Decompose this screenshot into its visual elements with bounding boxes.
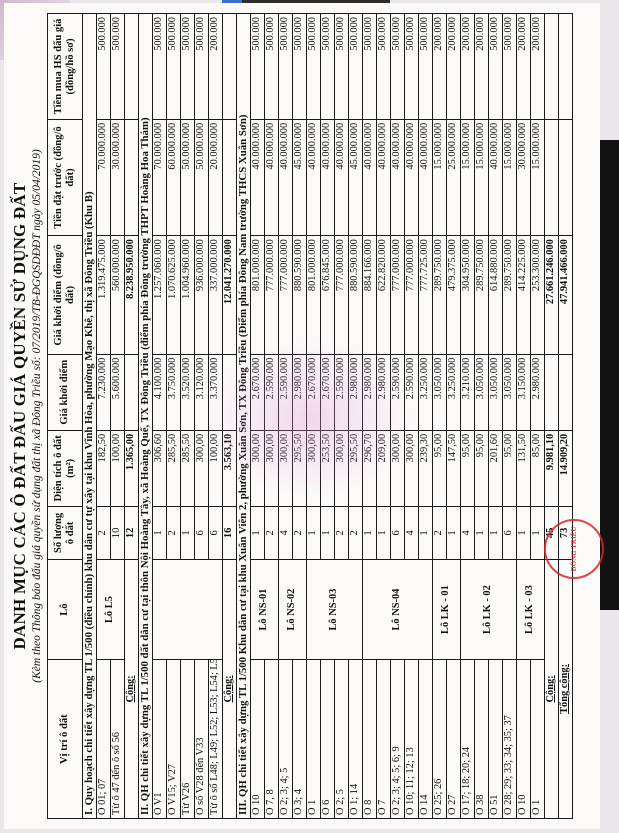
lot-count: 1 (517, 506, 531, 559)
lot-position: Ô 27 (447, 660, 461, 819)
table-row: Ô 71209,002.980.000622.820.00040.000.000… (377, 14, 391, 819)
lot-position: Ô 10; 11; 12; 13 (405, 660, 419, 819)
starting-price-per-lot: 884.166.000 (363, 236, 377, 354)
lot-position: Từ ô 47 đến ô số 56 (111, 660, 125, 819)
application-fee: 500.000 (251, 14, 265, 120)
lot-count: 1 (447, 506, 461, 559)
starting-price-per-lot: 1.004.960.000 (181, 236, 195, 354)
starting-price-per-m2: 2.590.000 (265, 354, 279, 430)
lot-position: Ô 17; 18; 20; 24 (461, 660, 475, 819)
deposit-amount: 50.000.000 (181, 119, 195, 235)
starting-price-per-m2: 3.050.000 (503, 354, 517, 430)
starting-price-per-lot: 777.000.000 (335, 236, 349, 354)
lot-position: Ô 1 (307, 660, 321, 819)
lot-group: Lô NS-04 (363, 559, 433, 659)
lot-count: 4 (279, 506, 293, 559)
lot-area: 306,60 (153, 430, 167, 506)
subtotal-area: 9.981,10 (545, 430, 559, 506)
starting-price-per-m2: 2.590.000 (391, 354, 405, 430)
lot-count: 1 (475, 506, 489, 559)
deposit-amount: 45.000.000 (349, 119, 363, 235)
deposit-amount: 15.000.000 (475, 119, 489, 235)
starting-price-per-m2: 3.370.000 (209, 354, 223, 430)
application-fee: 500.000 (419, 14, 433, 120)
empty-cell (223, 119, 237, 235)
lot-position: Ô V15; V27 (167, 660, 181, 819)
empty-cell (559, 119, 573, 235)
application-fee: 500.000 (307, 14, 321, 120)
application-fee: 200.000 (447, 14, 461, 120)
lot-area: 85,00 (531, 430, 545, 506)
lot-area: 300,00 (265, 430, 279, 506)
table-row: Ô 28; 29; 33; 34; 35; 37695,003.050.0002… (503, 14, 517, 819)
starting-price-per-m2: 3.050.000 (433, 354, 447, 430)
lot-count: 2 (349, 506, 363, 559)
lot-position: Ô 7 (377, 660, 391, 819)
lot-area: 253,50 (321, 430, 335, 506)
lot-position: Ô 51 (489, 660, 503, 819)
lot-position: Ô 01; 07 (97, 660, 111, 819)
section-heading-row: I. Quy hoạch chi tiết xây dựng TL 1/500 … (83, 14, 97, 819)
table-row: Ô 1; 142295,502.980.000880.590.00045.000… (349, 14, 363, 819)
application-fee: 500.000 (335, 14, 349, 120)
lot-position: Ô 10 (251, 660, 265, 819)
empty-cell (223, 354, 237, 430)
lot-area: 300,00 (279, 430, 293, 506)
subtotal-price: 27.661.246.000 (545, 236, 559, 354)
table-row: Ô 2; 52300,002.590.000777.000.00040.000.… (335, 14, 349, 819)
empty-cell (545, 14, 559, 120)
lot-count: 6 (391, 506, 405, 559)
starting-price-per-m2: 2.980.000 (293, 354, 307, 430)
lot-count: 1 (321, 506, 335, 559)
lot-position: Ô 8 (363, 660, 377, 819)
table-row: Ô 511201,603.050.000614.880.00040.000.00… (489, 14, 503, 819)
lot-area: 295,50 (349, 430, 363, 506)
lot-position: Ô 38 (475, 660, 489, 819)
application-fee: 500.000 (181, 14, 195, 120)
lot-count: 2 (97, 506, 111, 559)
lot-group: Lô LK - 02 (461, 559, 517, 659)
scanned-document-page: DANH MỤC CÁC Ô ĐẤT ĐẤU GIÁ QUYỀN SỬ DỤNG… (4, 3, 600, 829)
lot-area: 95,00 (433, 430, 447, 506)
starting-price-per-lot: 614.880.000 (489, 236, 503, 354)
deposit-amount: 40.000.000 (321, 119, 335, 235)
table-row: Ô 38195,003.050.000289.750.00015.000.000… (475, 14, 489, 819)
starting-price-per-m2: 4.100.000 (153, 354, 167, 430)
subtotal-price: 12.041.270.000 (223, 236, 237, 354)
deposit-amount: 25.000.000 (447, 119, 461, 235)
deposit-amount: 40.000.000 (279, 119, 293, 235)
deposit-amount: 40.000.000 (251, 119, 265, 235)
application-fee: 500.000 (265, 14, 279, 120)
application-fee: 200.000 (209, 14, 223, 120)
subtotal-count: 16 (223, 506, 237, 559)
starting-price-per-m2: 2.590.000 (405, 354, 419, 430)
deposit-amount: 70.000.000 (97, 119, 111, 235)
starting-price-per-lot: 676.845.000 (321, 236, 335, 354)
starting-price-per-m2: 2.590.000 (279, 354, 293, 430)
deposit-amount: 40.000.000 (419, 119, 433, 235)
starting-price-per-lot: 936.000.000 (195, 236, 209, 354)
table-row: Ô 10Lô NS-011300,002.670.000801.000.0004… (251, 14, 265, 819)
lot-area: 201,60 (489, 430, 503, 506)
application-fee: 500.000 (503, 14, 517, 120)
lot-position: Ô số V28 đến V33 (195, 660, 209, 819)
deposit-amount: 15.000.000 (503, 119, 517, 235)
grand-total-row: Tổng cộng:7314.909,2047.941.466.000 (559, 14, 573, 819)
starting-price-per-m2: 2.670.000 (251, 354, 265, 430)
grand-total-label: Tổng cộng: (559, 559, 573, 818)
starting-price-per-m2: 2.670.000 (307, 354, 321, 430)
subtotal-area: 1.365,00 (125, 430, 139, 506)
deposit-amount: 60.000.000 (167, 119, 181, 235)
lot-group: Lô LK - 01 (433, 559, 461, 659)
section-heading: II. QH chi tiết xây dựng TL 1/500 đất dâ… (139, 14, 153, 819)
grand-total-area: 14.909,20 (559, 430, 573, 506)
table-row: Ô 7, 82300,002.590.000777.000.00040.000.… (265, 14, 279, 819)
table-header-row: Vị trí ô đấtLôSố lượng ô đấtDiện tích ô … (48, 14, 83, 819)
application-fee: 200.000 (461, 14, 475, 120)
lot-group: Lô NS-02 (279, 559, 307, 659)
lot-area: 239,30 (419, 430, 433, 506)
deposit-amount: 15.000.000 (531, 119, 545, 235)
table-row: Ô 8Lô NS-041296,702.980.000884.166.00040… (363, 14, 377, 819)
lot-position: Ô 6 (321, 660, 335, 819)
deposit-amount: 50.000.000 (195, 119, 209, 235)
deposit-amount: 15.000.000 (433, 119, 447, 235)
deposit-amount: 40.000.000 (391, 119, 405, 235)
lot-count: 4 (461, 506, 475, 559)
table-row: Ô 17; 18; 20; 24Lô LK - 02495,003.210.00… (461, 14, 475, 819)
lot-area: 285,50 (167, 430, 181, 506)
deposit-amount: 45.000.000 (293, 119, 307, 235)
deposit-amount: 40.000.000 (363, 119, 377, 235)
column-header: Lô (48, 559, 83, 659)
lot-area: 95,00 (503, 430, 517, 506)
application-fee: 200.000 (517, 14, 531, 120)
application-fee: 500.000 (293, 14, 307, 120)
starting-price-per-lot: 289.750.000 (475, 236, 489, 354)
starting-price-per-lot: 1.319.475.000 (97, 236, 111, 354)
starting-price-per-lot: 801.000.000 (307, 236, 321, 354)
application-fee: 500.000 (405, 14, 419, 120)
section-heading: III. QH chi tiết xây dựng TL 1/500 Khu d… (237, 14, 251, 819)
lot-area: 100,00 (111, 430, 125, 506)
empty-cell (223, 14, 237, 120)
table-row: Ô 271147,503.250.000479.375.00025.000.00… (447, 14, 461, 819)
deposit-amount: 70.000.000 (153, 119, 167, 235)
lot-area: 95,00 (475, 430, 489, 506)
lot-area: 300,00 (405, 430, 419, 506)
starting-price-per-m2: 2.980.000 (531, 354, 545, 430)
lot-position: Ô 28; 29; 33; 34; 35; 37 (503, 660, 517, 819)
application-fee: 500.000 (349, 14, 363, 120)
lot-area: 147,50 (447, 430, 461, 506)
application-fee: 200.000 (475, 14, 489, 120)
starting-price-per-lot: 880.590.000 (293, 236, 307, 354)
application-fee: 200.000 (531, 14, 545, 120)
application-fee: 500.000 (97, 14, 111, 120)
table-row: Ô 1185,002.980.000253.300.00015.000.0002… (531, 14, 545, 819)
table-row: Ô số V28 đến V336300,003.120.000936.000.… (195, 14, 209, 819)
starting-price-per-m2: 2.980.000 (363, 354, 377, 430)
starting-price-per-lot: 253.300.000 (531, 236, 545, 354)
lot-area: 300,00 (195, 430, 209, 506)
lot-area: 95,00 (461, 430, 475, 506)
document-title: DANH MỤC CÁC Ô ĐẤT ĐẤU GIÁ QUYỀN SỬ DỤNG… (10, 3, 30, 829)
lot-position: Ô 10 (517, 660, 531, 819)
empty-cell (559, 14, 573, 120)
lot-group: Lô NS-03 (307, 559, 363, 659)
deposit-amount: 40.000.000 (377, 119, 391, 235)
starting-price-per-lot: 289.750.000 (503, 236, 517, 354)
column-header: Vị trí ô đất (48, 660, 83, 819)
subtotal-count: 12 (125, 506, 139, 559)
table-row: Ô 10Lô LK - 031131,503.150.000414.225.00… (517, 14, 531, 819)
table-row: Ô 141239,303.250.000777.725.00040.000.00… (419, 14, 433, 819)
table-row: Ô 3; 42295,502.980.000880.590.00045.000.… (293, 14, 307, 819)
table-row: Ô 2; 3; 4; 5Lô NS-024300,002.590.000777.… (279, 14, 293, 819)
document-subtitle: (Kèm theo Thông báo đấu giá quyền sử dụn… (31, 3, 43, 829)
lot-position: Từ ô số L48; L49; L52; L53; L54; L56 (209, 660, 223, 819)
empty-cell (125, 354, 139, 430)
starting-price-per-lot: 777.000.000 (265, 236, 279, 354)
lot-count: 1 (153, 506, 167, 559)
lot-count: 2 (293, 506, 307, 559)
starting-price-per-lot: 777.000.000 (405, 236, 419, 354)
empty-cell (125, 119, 139, 235)
lot-position: Ô 3; 4 (293, 660, 307, 819)
starting-price-per-lot: 289.750.000 (433, 236, 447, 354)
deposit-amount: 40.000.000 (405, 119, 419, 235)
lot-area: 100,00 (209, 430, 223, 506)
application-fee: 500.000 (111, 14, 125, 120)
deposit-amount: 15.000.000 (461, 119, 475, 235)
lot-area: 285,50 (181, 430, 195, 506)
starting-price-per-m2: 7.230.000 (97, 354, 111, 430)
table-row: Từ V261285,503.520.0001.004.960.00050.00… (181, 14, 195, 819)
starting-price-per-lot: 801.000.000 (251, 236, 265, 354)
table-row: Ô 2; 3; 4; 5; 6; 96300,002.590.000777.00… (391, 14, 405, 819)
lot-position: Ô 25; 26 (433, 660, 447, 819)
official-red-stamp: ĐÔNG TRIỀU (544, 519, 604, 579)
lot-position: Ô 7, 8 (265, 660, 279, 819)
lot-position: Ô 1 (531, 660, 545, 819)
starting-price-per-m2: 3.150.000 (517, 354, 531, 430)
starting-price-per-m2: 3.250.000 (419, 354, 433, 430)
lot-count: 6 (209, 506, 223, 559)
subtotal-label: Cộng: (545, 559, 559, 818)
lot-count: 1 (363, 506, 377, 559)
starting-price-per-m2: 3.120.000 (195, 354, 209, 430)
table-row: Ô 61253,502.670.000676.845.00040.000.000… (321, 14, 335, 819)
starting-price-per-m2: 3.210.000 (461, 354, 475, 430)
section-heading: I. Quy hoạch chi tiết xây dựng TL 1/500 … (83, 14, 97, 819)
application-fee: 500.000 (363, 14, 377, 120)
lot-area: 300,00 (391, 430, 405, 506)
lot-area: 209,00 (377, 430, 391, 506)
starting-price-per-m2: 3.520.000 (181, 354, 195, 430)
application-fee: 500.000 (195, 14, 209, 120)
starting-price-per-m2: 3.250.000 (447, 354, 461, 430)
lot-position: Ô 14 (419, 660, 433, 819)
lot-count: 1 (419, 506, 433, 559)
starting-price-per-m2: 2.980.000 (349, 354, 363, 430)
empty-cell (545, 119, 559, 235)
deposit-amount: 40.000.000 (335, 119, 349, 235)
lot-position: Ô 1; 14 (349, 660, 363, 819)
lot-area: 131,50 (517, 430, 531, 506)
starting-price-per-m2: 5.600.000 (111, 354, 125, 430)
starting-price-per-lot: 337.000.000 (209, 236, 223, 354)
starting-price-per-lot: 777.000.000 (391, 236, 405, 354)
starting-price-per-lot: 304.950.000 (461, 236, 475, 354)
section-heading-row: III. QH chi tiết xây dựng TL 1/500 Khu d… (237, 14, 251, 819)
column-header: Tiền đặt trước (đồng/ô đất) (48, 119, 83, 235)
table-row: Ô 01; 07Lô L52182,507.230.0001.319.475.0… (97, 14, 111, 819)
lot-count: 2 (335, 506, 349, 559)
column-header: Số lượng ô đất (48, 506, 83, 559)
column-header: Tiền mua HS đấu giá (đồng/hồ sơ) (48, 14, 83, 120)
lot-group: Lô LK - 03 (517, 559, 545, 659)
grand-total-price: 47.941.466.000 (559, 236, 573, 354)
lot-area: 296,70 (363, 430, 377, 506)
lot-group: Lô L5 (97, 559, 125, 659)
subtotal-label: Cộng: (223, 559, 237, 818)
starting-price-per-m2: 3.750.000 (167, 354, 181, 430)
lot-position: Ô 2; 3; 4; 5 (279, 660, 293, 819)
lot-count: 10 (111, 506, 125, 559)
column-header: Diện tích ô đất (m²) (48, 430, 83, 506)
starting-price-per-m2: 2.980.000 (377, 354, 391, 430)
deposit-amount: 40.000.000 (489, 119, 503, 235)
lot-position: Ô 2; 5 (335, 660, 349, 819)
lot-count: 2 (433, 506, 447, 559)
table-row: Ô 25; 26Lô LK - 01295,003.050.000289.750… (433, 14, 447, 819)
application-fee: 200.000 (433, 14, 447, 120)
application-fee: 500.000 (489, 14, 503, 120)
lot-position: Ô 2; 3; 4; 5; 6; 9 (391, 660, 405, 819)
subtotal-row: Cộng:459.981,1027.661.246.000 (545, 14, 559, 819)
starting-price-per-lot: 1.257.060.000 (153, 236, 167, 354)
starting-price-per-lot: 777.725.000 (419, 236, 433, 354)
starting-price-per-m2: 3.050.000 (489, 354, 503, 430)
lot-count: 1 (377, 506, 391, 559)
starting-price-per-lot: 560.000.000 (111, 236, 125, 354)
lot-position: Từ V26 (181, 660, 195, 819)
lot-area: 182,50 (97, 430, 111, 506)
starting-price-per-m2: 2.670.000 (321, 354, 335, 430)
empty-cell (545, 354, 559, 430)
lot-area: 300,00 (307, 430, 321, 506)
application-fee: 500.000 (153, 14, 167, 120)
lot-count: 1 (181, 506, 195, 559)
empty-cell (559, 354, 573, 430)
lot-area: 300,00 (251, 430, 265, 506)
lot-count: 1 (251, 506, 265, 559)
table-row: Ô 10; 11; 12; 134300,002.590.000777.000.… (405, 14, 419, 819)
section-heading-row: II. QH chi tiết xây dựng TL 1/500 đất dâ… (139, 14, 153, 819)
subtotal-label: Cộng: (125, 559, 139, 818)
application-fee: 500.000 (321, 14, 335, 120)
starting-price-per-lot: 479.375.000 (447, 236, 461, 354)
land-lot-table: Vị trí ô đấtLôSố lượng ô đấtDiện tích ô … (47, 13, 573, 819)
application-fee: 500.000 (377, 14, 391, 120)
lot-count: 2 (265, 506, 279, 559)
lot-count: 1 (489, 506, 503, 559)
application-fee: 500.000 (167, 14, 181, 120)
lot-count: 1 (307, 506, 321, 559)
lot-position: Ô V1 (153, 660, 167, 819)
lot-area: 300,00 (335, 430, 349, 506)
deposit-amount: 40.000.000 (265, 119, 279, 235)
lot-group (153, 559, 223, 659)
table-row: Từ ô số L48; L49; L52; L53; L54; L566100… (209, 14, 223, 819)
subtotal-area: 3.563,10 (223, 430, 237, 506)
deposit-amount: 40.000.000 (307, 119, 321, 235)
starting-price-per-m2: 2.590.000 (335, 354, 349, 430)
subtotal-row: Cộng:163.563,1012.041.270.000 (223, 14, 237, 819)
column-header: Giá khởi điểm (48, 354, 83, 430)
subtotal-row: Cộng:121.365,008.238.950.000 (125, 14, 139, 819)
starting-price-per-lot: 1.070.625.000 (167, 236, 181, 354)
lot-group: Lô NS-01 (251, 559, 279, 659)
lot-count: 6 (503, 506, 517, 559)
table-row: Từ ô 47 đến ô số 5610100,005.600.000560.… (111, 14, 125, 819)
starting-price-per-lot: 880.590.000 (349, 236, 363, 354)
lot-count: 6 (195, 506, 209, 559)
starting-price-per-lot: 414.225.000 (517, 236, 531, 354)
subtotal-price: 8.238.950.000 (125, 236, 139, 354)
lot-count: 1 (531, 506, 545, 559)
application-fee: 500.000 (391, 14, 405, 120)
empty-cell (125, 14, 139, 120)
starting-price-per-lot: 622.820.000 (377, 236, 391, 354)
starting-price-per-lot: 777.000.000 (279, 236, 293, 354)
lot-area: 295,50 (293, 430, 307, 506)
deposit-amount: 30.000.000 (111, 119, 125, 235)
table-row: Ô V15; V272285,503.750.0001.070.625.0006… (167, 14, 181, 819)
application-fee: 500.000 (279, 14, 293, 120)
deposit-amount: 20.000.000 (209, 119, 223, 235)
column-header: Giá khởi điểm (đồng/ô đất) (48, 236, 83, 354)
lot-count: 4 (405, 506, 419, 559)
starting-price-per-m2: 3.050.000 (475, 354, 489, 430)
deposit-amount: 30.000.000 (517, 119, 531, 235)
table-row: Ô V11306,604.100.0001.257.060.00070.000.… (153, 14, 167, 819)
table-row: Ô 1Lô NS-031300,002.670.000801.000.00040… (307, 14, 321, 819)
lot-count: 2 (167, 506, 181, 559)
